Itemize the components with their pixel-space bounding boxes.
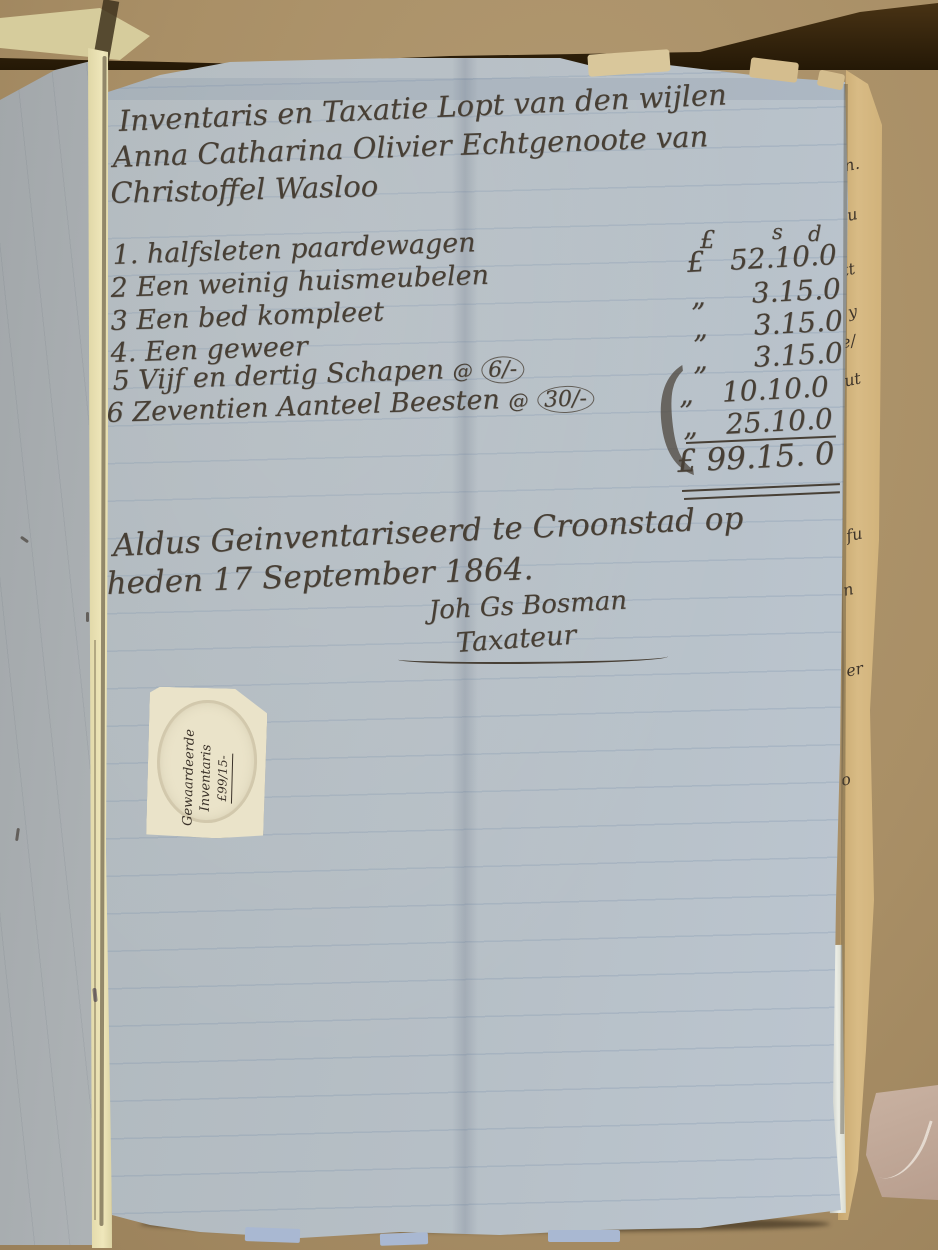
edge-ink-fragment: fu (844, 524, 864, 546)
amount-value: 3.15.0 (753, 336, 844, 374)
tape-glare (870, 1108, 933, 1188)
currency-mark: „ (692, 343, 708, 377)
torn-paper-tab (548, 1230, 620, 1242)
item-rate: 6/- (481, 356, 525, 384)
amount-value: 52.10.0 (729, 238, 837, 277)
torn-paper-tab (380, 1232, 428, 1246)
item-number: 6 (106, 397, 124, 429)
left-page-ruling (0, 55, 102, 1245)
currency-mark: £ (686, 245, 706, 279)
left-facing-page (0, 55, 102, 1245)
item-number: 1. (112, 239, 139, 271)
book-cover-edge (0, 8, 150, 60)
at-symbol: @ (452, 358, 473, 383)
ink-speck (86, 612, 89, 622)
total-currency: £ (676, 443, 698, 480)
gutter-shadow-inner (94, 640, 96, 1220)
edge-ink-fragment: er (844, 658, 865, 680)
at-symbol: @ (508, 388, 529, 413)
label-total: £99/15- (214, 753, 233, 804)
torn-paper-tab (245, 1227, 300, 1243)
currency-mark: „ (690, 279, 706, 313)
amount-value: 25.10.0 (725, 402, 833, 441)
total-amount: 99.15. 0 (706, 436, 836, 479)
currency-mark: „ (692, 311, 708, 345)
item-number: 4. (110, 337, 137, 369)
item-number: 2 (110, 272, 128, 304)
item-number: 5 (112, 365, 130, 397)
edge-ink-fragment: y (846, 301, 859, 321)
photo-of-document: n. u tt y e/ ut fu n er o Inventaris en … (0, 0, 938, 1250)
pink-sheet-corner (862, 1085, 938, 1200)
item-rate: 30/- (537, 385, 595, 414)
document-title-line-3: Christoffel Wasloo (110, 169, 379, 210)
label-text: Gewaardeerde Inventaris £99/15- (179, 706, 235, 849)
label-line-2: Inventaris (196, 707, 217, 849)
archive-label: Gewaardeerde Inventaris £99/15- (146, 686, 268, 839)
item-number: 3 (110, 305, 128, 337)
